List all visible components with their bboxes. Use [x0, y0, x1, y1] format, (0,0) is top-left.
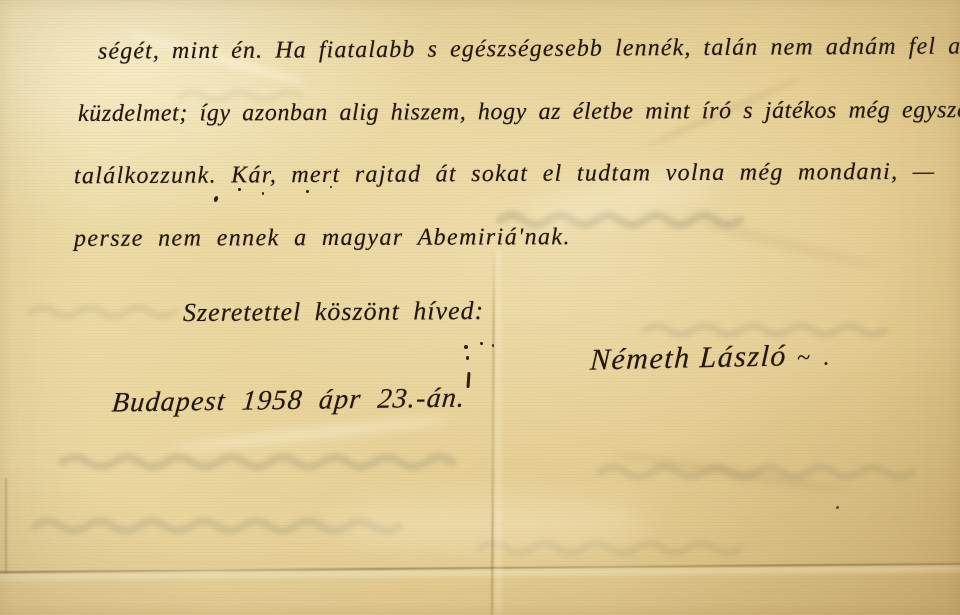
dateline: Budapest 1958 ápr 23.-án. [111, 383, 467, 420]
ink-stroke-mark [466, 372, 470, 388]
letter-body-line-3: találkozzunk. Kár, mert rajtad át sokat … [74, 159, 935, 191]
ink-speckle [466, 356, 469, 360]
ink-speckle [262, 192, 264, 195]
paper-wrinkle [611, 449, 849, 495]
letter-closing: Szeretettel köszönt híved: [183, 296, 484, 328]
left-edge-crease [5, 478, 7, 574]
paper-wrinkle [330, 498, 650, 550]
letter-page: ségét, mint én. Ha fiatalabb s egészsége… [0, 0, 960, 615]
letter-body-line-4: persze nem ennek a magyar Abemiriá'nak. [74, 224, 571, 253]
ink-speckle [306, 190, 309, 193]
ink-speckle [480, 342, 483, 345]
ink-speckle [213, 195, 219, 202]
signature-flourish: ~ . [786, 344, 834, 371]
paper-wrinkle [170, 413, 450, 454]
paper-wrinkle [701, 218, 878, 271]
ink-speckle [464, 345, 468, 349]
ink-speckle [238, 188, 241, 191]
ink-speckle [330, 186, 332, 188]
signature-name: Németh László [589, 339, 788, 376]
signature-line: Németh László~ . [589, 338, 835, 377]
ink-speckle [836, 506, 839, 509]
vertical-fold-highlight [496, 250, 501, 615]
letter-body-line-2: küzdelmet; így azonban alig hiszem, hogy… [78, 97, 960, 128]
letter-body-line-1: ségét, mint én. Ha fiatalabb s egészsége… [98, 33, 960, 65]
vertical-fold-crease [491, 248, 495, 615]
